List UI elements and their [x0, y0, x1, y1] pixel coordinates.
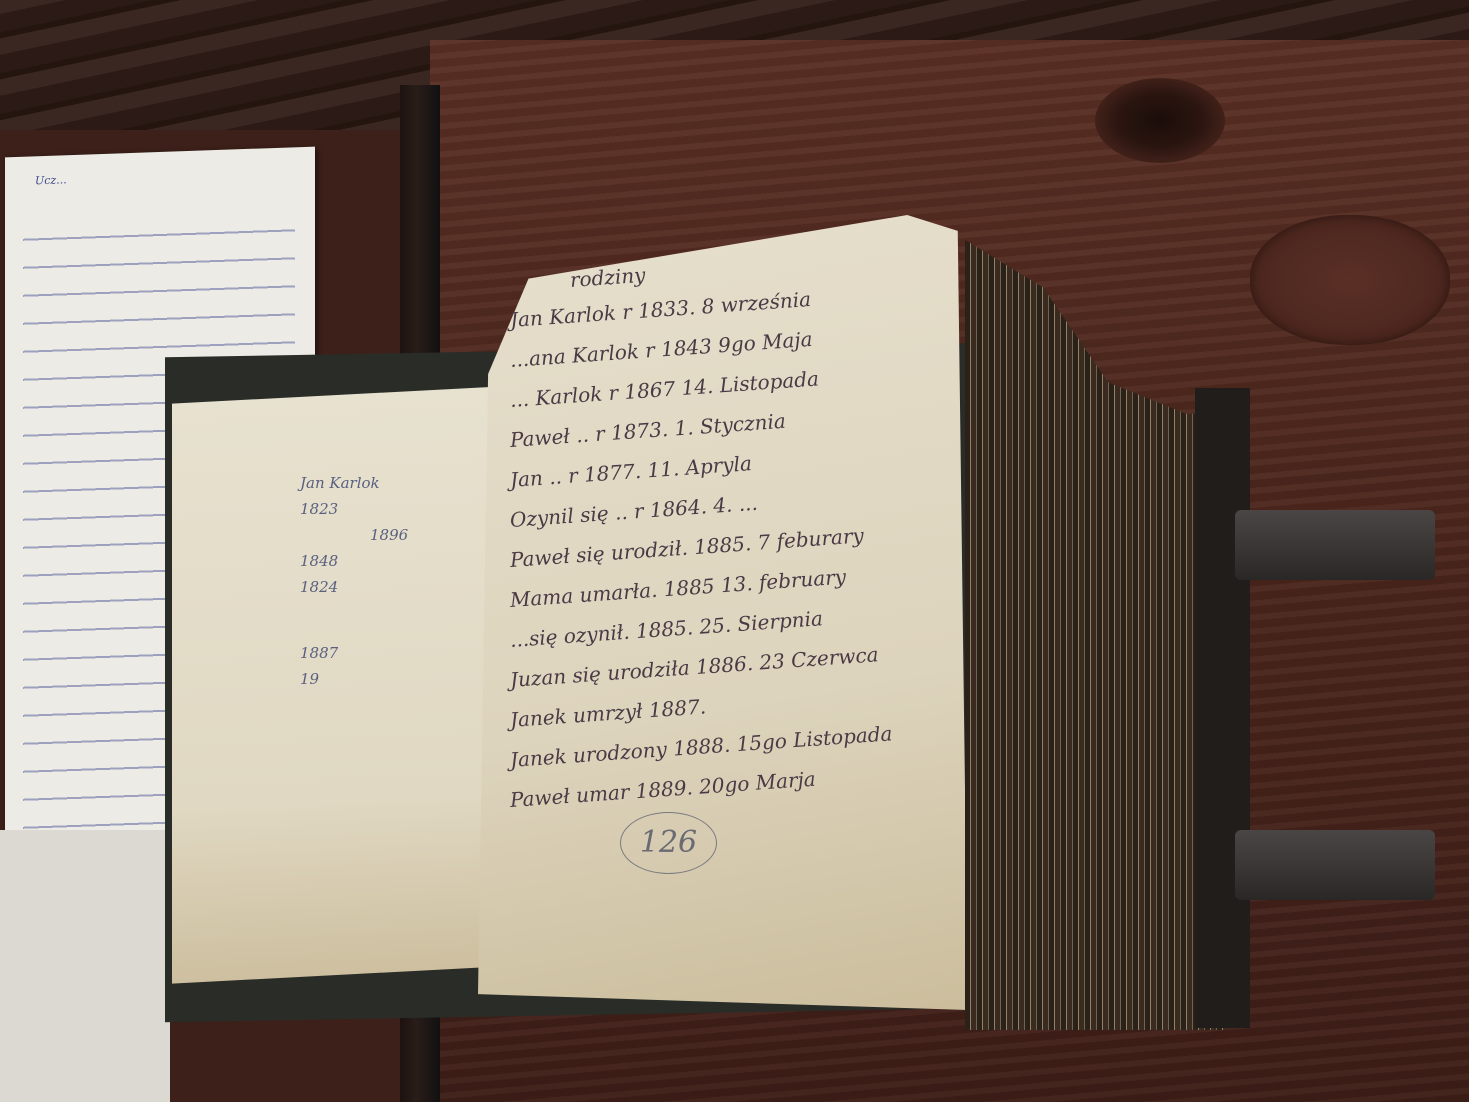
pencil-note: Jan Karlok [300, 470, 408, 496]
book-spine-binding [1195, 388, 1250, 1028]
metal-clasp-top [1235, 510, 1435, 580]
pencil-note: 1823 [300, 496, 408, 522]
pencil-note: 1887 [300, 640, 408, 666]
catalog-number: 126 [620, 812, 717, 874]
pencil-note: 1896 [370, 522, 408, 548]
paper-stack [0, 830, 170, 1102]
pencil-note: 19 [300, 666, 408, 692]
wood-knot-round [1250, 215, 1450, 345]
genealogy-entries: rodziny Jan Karlok r 1833. 8 września ..… [510, 260, 893, 820]
metal-clasp-bottom [1235, 830, 1435, 900]
wood-knot [1095, 78, 1225, 163]
pencil-note: 1824 [300, 574, 408, 600]
letter-heading: Ucz... [35, 173, 67, 187]
pencil-note: 1848 [300, 548, 408, 574]
left-page-writing: Jan Karlok 1823 1896 1848 1824 1887 19 [300, 470, 408, 692]
